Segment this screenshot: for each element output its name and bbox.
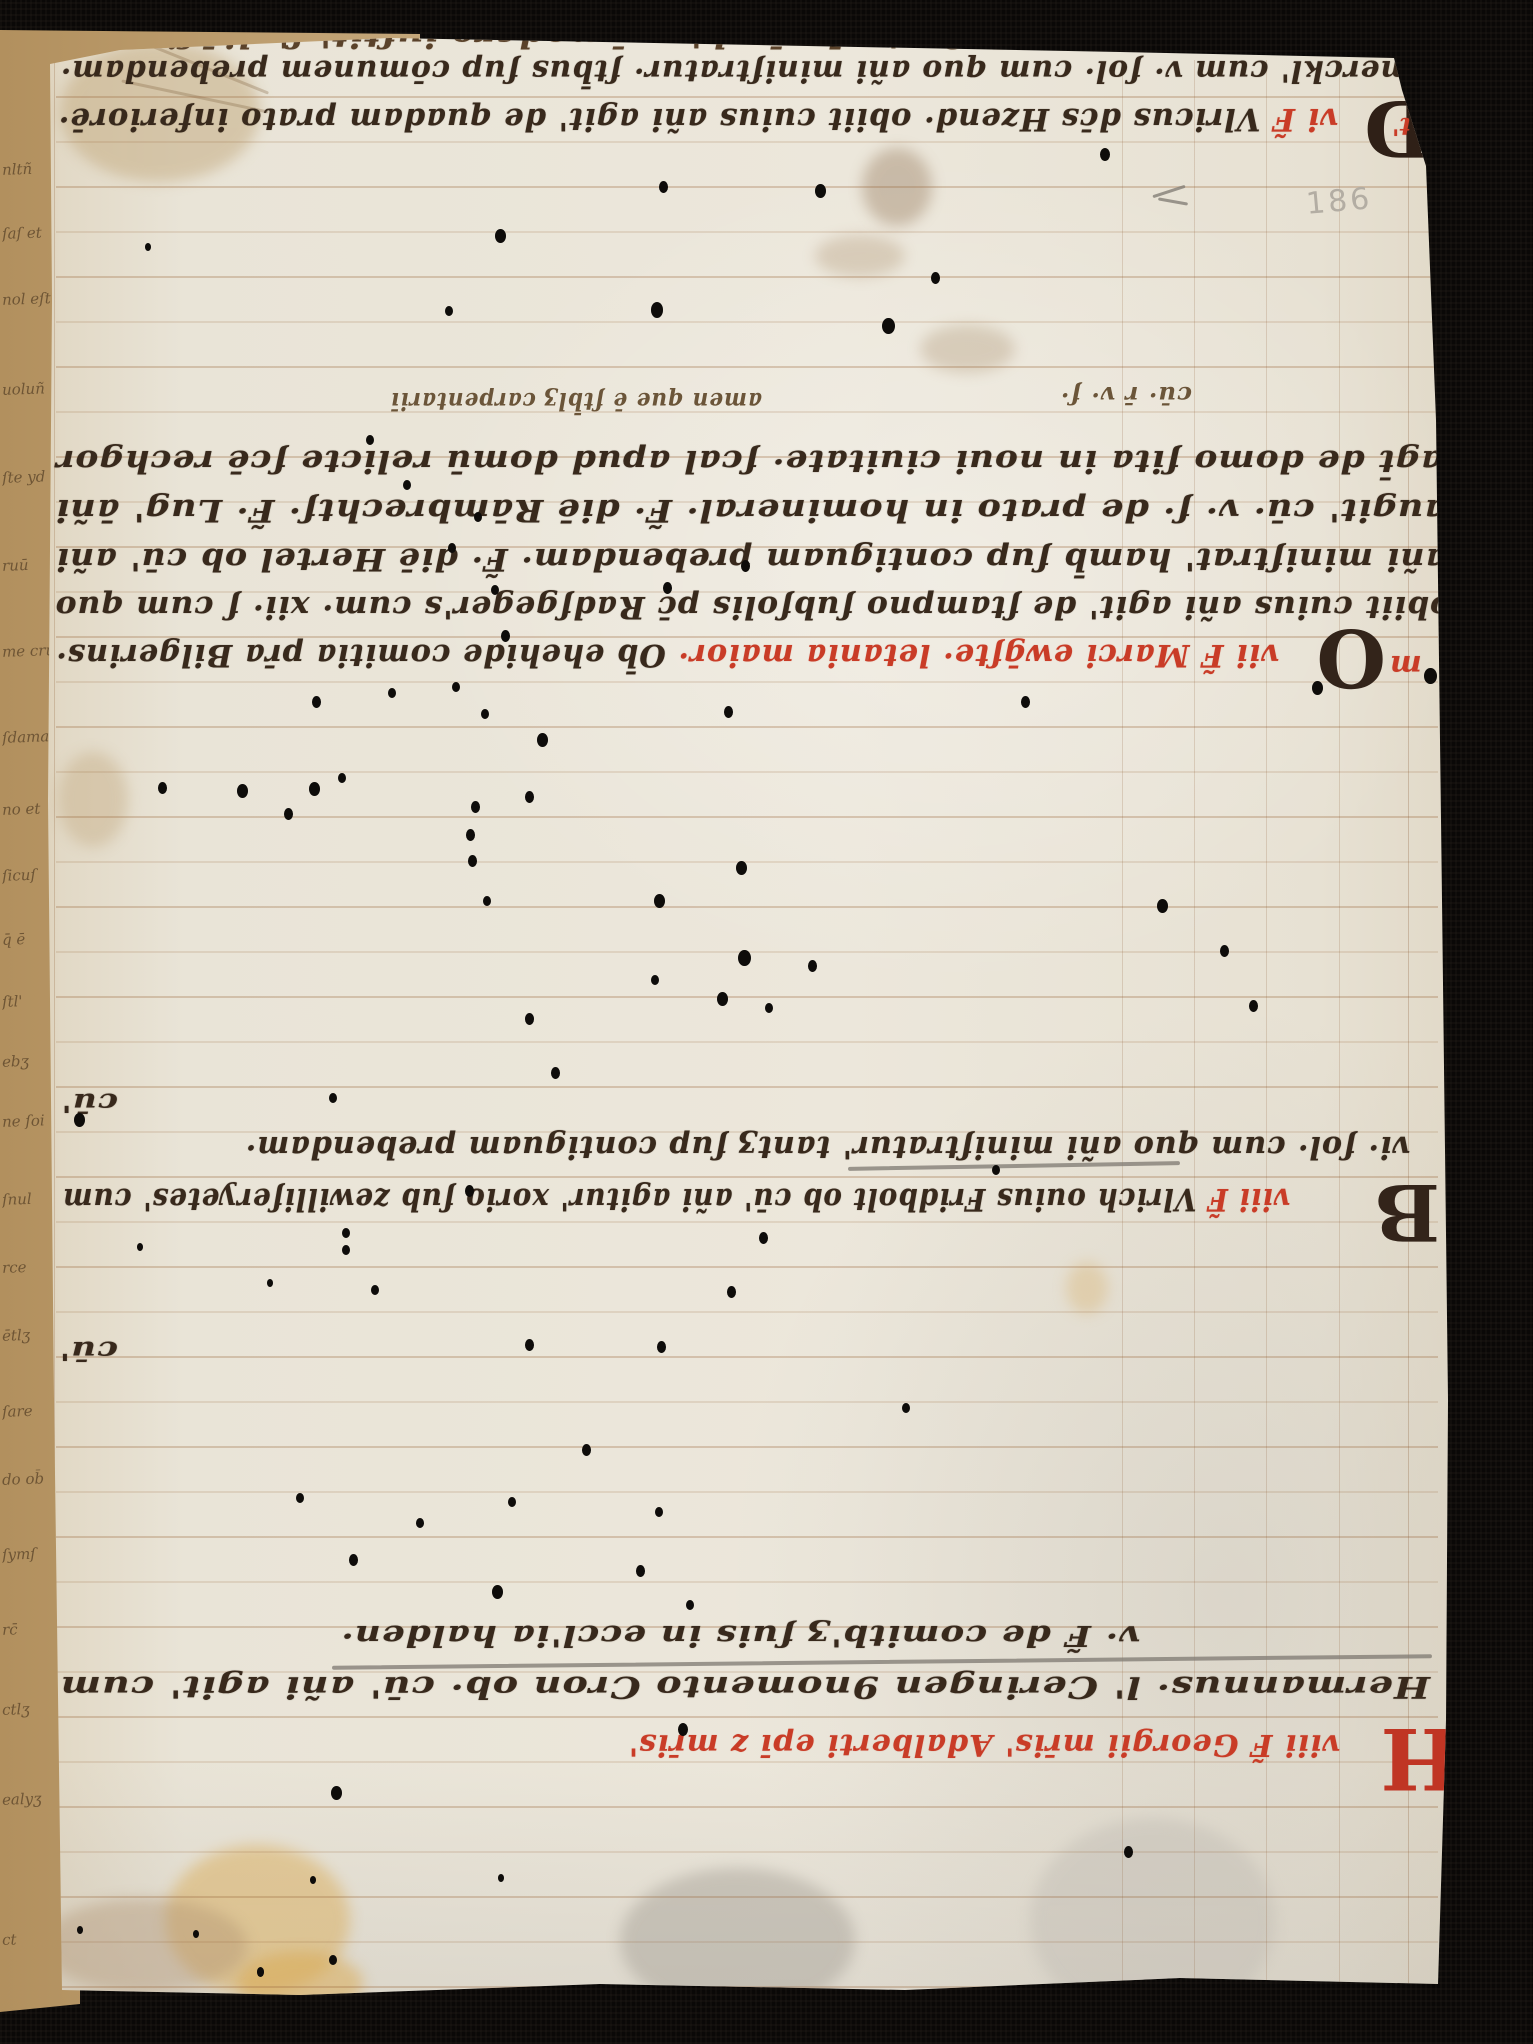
text-line-content: vi F̃ Vlricus dc̄s Hzend· obiit cuius añ…: [58, 100, 1338, 137]
ruling-line-horizontal: [56, 861, 1438, 863]
ink-dot: [808, 960, 817, 972]
decorated-initial-letter: D: [1336, 88, 1432, 166]
ruling-line-horizontal: [56, 1941, 1438, 1943]
rubric-text: Georgii mr̄is' Adalberti epī z mr̄is': [628, 1727, 1239, 1762]
ink-dot: [1100, 148, 1110, 161]
underpage-text-fragment: ne ſoi: [2, 1111, 53, 1131]
ruling-line-horizontal: [56, 1581, 1438, 1583]
ink-dot: [329, 1955, 337, 1965]
parchment-stain: [1066, 1262, 1108, 1314]
underpage-text-fragment: no et: [2, 799, 53, 819]
ink-dot: [1124, 1846, 1133, 1858]
pencil-stroke: [1158, 197, 1188, 205]
ink-dot: [137, 1243, 143, 1251]
ink-dot: [902, 1403, 910, 1413]
text-line-content: vi· ſol· cum quo añi miniſtratur' tantʒ …: [245, 1128, 1410, 1165]
ink-dot: [654, 894, 665, 908]
decorated-initial-letter: O: [1282, 618, 1386, 698]
ink-dot: [657, 1341, 666, 1353]
rubric-text: vii F̃: [1189, 637, 1279, 673]
text-line-content: cū· r̄ v· ſ·: [1060, 380, 1192, 409]
rubric-text: viii F̃: [1197, 1181, 1290, 1217]
ink-dot: [1424, 668, 1437, 685]
ink-dot: [237, 784, 248, 798]
ruling-line-horizontal: [56, 1266, 1438, 1268]
ink-dot: [388, 688, 396, 698]
underpage-text-fragment: ētlʒ: [2, 1325, 53, 1345]
ink-dot: [416, 1518, 424, 1528]
ink-dot: [338, 773, 346, 783]
ink-dot: [310, 1876, 316, 1884]
manuscript-text-line: augit' cū· v· ſ· de prato in homineral· …: [55, 491, 1447, 528]
ink-dot: [471, 801, 480, 813]
ink-dot: [309, 782, 320, 796]
ruling-line-horizontal: [56, 1176, 1438, 1178]
manuscript-text-line: cū': [60, 1086, 118, 1117]
ruling-line-horizontal: [56, 771, 1438, 773]
ruling-line-horizontal: [56, 1311, 1438, 1313]
ruling-line-horizontal: [56, 726, 1438, 728]
ink-dot: [312, 696, 321, 708]
ruling-line-horizontal: [56, 1536, 1438, 1538]
ink-dot: [465, 1185, 474, 1197]
ruling-line-horizontal: [56, 1806, 1438, 1808]
rubric-text: Marci ewḡſte· letania maior·: [666, 637, 1190, 673]
ink-dot: [651, 302, 663, 318]
ruling-line-horizontal: [56, 816, 1438, 818]
ink-dot: [582, 1444, 591, 1456]
ruling-line-horizontal: [56, 96, 1438, 98]
ruling-line-horizontal: [56, 276, 1438, 278]
ink-dot: [659, 181, 668, 193]
manuscript-text-line: obiit cuius añi agit' de ſtampno ſubſoli…: [55, 588, 1451, 625]
text-line-content: Hermannus· l' Ceringen 9nomento Cron ob·…: [60, 1668, 1430, 1704]
ink-dot: [501, 630, 510, 642]
ink-dot: [663, 582, 672, 594]
ink-dot: [525, 1013, 534, 1025]
ink-text: v· F̃ de comitb'ʒ ſuis in eccl'ia halden…: [340, 1619, 1140, 1653]
ink-text: añi miniſtrat' hamb̄ ſup contiguam prebe…: [55, 541, 1447, 577]
ink-text: merckl' cum v· ſol· cum quo añi miniſtra…: [60, 53, 1412, 88]
ink-dot: [481, 709, 489, 719]
ink-dot: [678, 1723, 688, 1736]
ink-text: cū': [58, 1335, 118, 1365]
ink-dot: [931, 272, 940, 284]
ink-dot: [1021, 696, 1030, 708]
ink-text: amen que ē ſtb̄lʒ carpentariī: [390, 387, 762, 416]
ink-dot: [474, 512, 482, 522]
ruling-line-horizontal: [56, 321, 1438, 323]
margin-red-mark: m: [1390, 648, 1422, 683]
manuscript-text-line: vi· ſol· cum quo añi miniſtratur' tantʒ …: [245, 1128, 1410, 1165]
ink-text: augit' cū· v· ſ· de prato in homineral· …: [55, 492, 1447, 528]
ruling-line-horizontal: [56, 1716, 1438, 1718]
ink-dot: [537, 733, 548, 747]
parchment-stain: [42, 1898, 247, 1993]
underpage-text-fragment: rc̄: [2, 1619, 53, 1639]
text-line-content: añi miniſtrat' hamb̄ ſup contiguam prebe…: [55, 540, 1447, 577]
ink-text: vi· ſol· cum quo añi miniſtratur' tantʒ …: [245, 1129, 1410, 1165]
ink-text: Hermannus· l' Ceringen 9nomento Cron ob·…: [60, 1669, 1430, 1704]
ink-text: Vlrich ouius Fridbolt ob cū' añi agitur'…: [62, 1181, 1196, 1217]
rubric-text: vi F̃: [1261, 101, 1338, 137]
ink-dot: [508, 1497, 516, 1507]
manuscript-text-line: viii F̃ Georgii mr̄is' Adalberti epī z m…: [628, 1726, 1340, 1762]
underpage-text-fragment: ſdamañ: [2, 727, 53, 747]
ruling-line-horizontal: [56, 1401, 1438, 1403]
ink-dot: [741, 560, 750, 572]
manuscript-text-line: v· F̃ de comitb'ʒ ſuis in eccl'ia halden…: [340, 1618, 1140, 1653]
underpage-text-fragment: me crue: [2, 641, 53, 661]
ink-dot: [651, 975, 659, 985]
decorated-initial-letter: H: [1384, 1716, 1460, 1800]
underpage-text-fragment: ſymſ: [2, 1544, 53, 1564]
manuscript-text-line: añi miniſtrat' hamb̄ ſup contiguam prebe…: [55, 540, 1447, 577]
rubric-text: viii F̃: [1238, 1727, 1340, 1762]
margin-red-mark: t': [1392, 112, 1410, 141]
text-line-content: cū': [60, 1086, 118, 1117]
ruling-line-horizontal: [56, 1221, 1438, 1223]
ink-dot: [466, 829, 475, 841]
parchment-stain: [58, 752, 128, 847]
ink-dot: [296, 1493, 304, 1503]
ink-dot: [492, 1585, 503, 1599]
ruling-line-horizontal: [56, 1446, 1438, 1448]
ruling-line-horizontal: [56, 1851, 1438, 1853]
manuscript-text-line: vi F̃ Vlricus dc̄s Hzend· obiit cuius añ…: [58, 100, 1338, 137]
ruling-line-horizontal: [56, 141, 1438, 143]
underpage-text-fragment: ſte yd: [2, 467, 53, 487]
ink-dot: [342, 1228, 350, 1238]
ruling-line-horizontal: [56, 1491, 1438, 1493]
underpage-text-fragment: q̄ ē: [2, 929, 53, 949]
ink-dot: [403, 480, 411, 490]
underpage-text-fragment: ebʒ: [2, 1051, 53, 1071]
ink-text: agt̄ de domo ſita in noui ciuitate· ſcal…: [55, 443, 1443, 479]
ruling-line-horizontal: [56, 1041, 1438, 1043]
ruling-line-horizontal: [56, 366, 1438, 368]
ruling-line-horizontal: [56, 1986, 1438, 1988]
ink-dot: [371, 1285, 379, 1295]
photo-backdrop: nltñſaſ etnol eſtuoluñſte ydruūme crueſd…: [0, 0, 1533, 2044]
underpage-text-fragment: rce: [2, 1257, 53, 1277]
ink-dot: [267, 1279, 273, 1287]
ink-dot: [724, 706, 733, 718]
ruling-line-horizontal: [56, 1086, 1438, 1088]
underpage-text-fragment: uoluñ: [2, 379, 53, 399]
parchment-stain: [1030, 1818, 1275, 2023]
ink-dot: [765, 1003, 773, 1013]
ink-dot: [655, 1507, 663, 1517]
ink-dot: [145, 243, 151, 251]
text-line-content: viii F̃ Georgii mr̄is' Adalberti epī z m…: [628, 1726, 1340, 1762]
ink-dot: [882, 318, 895, 335]
ruling-line-horizontal: [56, 906, 1438, 908]
ink-dot: [342, 1245, 350, 1255]
manuscript-text-line: vii F̃ Marci ewḡſte· letania maior· Ob̄ …: [55, 636, 1279, 673]
underpage-text-fragment: ſaſ et: [2, 223, 53, 243]
ink-dot: [1312, 681, 1323, 695]
ink-dot: [727, 1286, 736, 1298]
ruling-line-horizontal: [56, 996, 1438, 998]
ink-dot: [284, 808, 293, 820]
ink-dot: [686, 1600, 694, 1610]
underpage-text-fragment: ſicuſ: [2, 865, 53, 885]
ink-dot: [366, 435, 374, 445]
ink-dot: [495, 229, 506, 243]
underpage-text-fragment: nol eſt: [2, 289, 53, 309]
text-line-content: obiit cuius añi agit' de ſtampno ſubſoli…: [55, 588, 1451, 625]
manuscript-text-line: agt̄ de domo ſita in noui ciuitate· ſcal…: [55, 442, 1443, 479]
underpage-text-fragment: ſnul: [2, 1189, 53, 1209]
ink-text: Vlricus dc̄s Hzend· obiit cuius añi agit…: [58, 101, 1261, 137]
text-line-content: v· F̃ de comitb'ʒ ſuis in eccl'ia halden…: [340, 1618, 1140, 1653]
ink-dot: [636, 1565, 645, 1577]
text-line-content: vii F̃ Marci ewḡſte· letania maior· Ob̄ …: [55, 636, 1279, 673]
ink-dot: [815, 184, 826, 198]
ruling-line-horizontal: [56, 681, 1438, 683]
underpage-text-fragment: ct: [2, 1929, 53, 1949]
ink-dot: [257, 1967, 264, 1976]
folio-number: 186: [1305, 181, 1374, 222]
ink-dot: [331, 1786, 342, 1800]
ink-text: obiit cuius añi agit' de ſtampno ſubſoli…: [55, 589, 1451, 625]
underpage-text-fragment: ctlʒ: [2, 1699, 53, 1719]
parchment-stain: [815, 235, 905, 277]
ink-text: cū· r̄ v· ſ·: [1060, 381, 1192, 410]
ink-dot: [525, 791, 534, 803]
ink-dot: [158, 782, 167, 794]
ink-dot: [1249, 1000, 1258, 1012]
ink-dot: [452, 682, 460, 692]
ink-dot: [483, 896, 491, 906]
manuscript-text-line: viii F̃ Vlrich ouius Fridbolt ob cū' añi…: [62, 1180, 1290, 1217]
ink-text: Ob̄ ehehide comitia pr̄a Bilgerins·: [55, 637, 666, 673]
ruling-line-horizontal: [56, 231, 1438, 233]
ink-dot: [992, 1165, 1000, 1175]
ruling-line-horizontal: [56, 1896, 1438, 1898]
manuscript-text-line: cū': [58, 1334, 118, 1365]
manuscript-text-line: cū· r̄ v· ſ·: [1060, 380, 1192, 409]
text-line-content: merckl' cum v· ſol· cum quo añi miniſtra…: [60, 52, 1412, 88]
manuscript-text-line: amen que ē ſtb̄lʒ carpentariī: [390, 386, 762, 415]
ink-dot: [349, 1554, 358, 1566]
ink-dot: [77, 1926, 83, 1934]
ink-text: cū': [60, 1087, 118, 1117]
manuscript-text-line: merckl' cum v· ſol· cum quo añi miniſtra…: [60, 52, 1412, 88]
ink-dot: [498, 1874, 504, 1882]
text-line-content: agt̄ de domo ſita in noui ciuitate· ſcal…: [55, 442, 1443, 479]
ink-dot: [759, 1232, 768, 1244]
text-line-content: augit' cū· v· ſ· de prato in homineral· …: [55, 491, 1447, 528]
manuscript-text-line: Hermannus· l' Ceringen 9nomento Cron ob·…: [60, 1668, 1430, 1704]
ink-dot: [329, 1093, 337, 1103]
ink-dot: [445, 306, 453, 316]
ruling-line-horizontal: [56, 1356, 1438, 1358]
ink-dot: [448, 543, 456, 553]
manuscript-page: hʒ dm̄ ſup' oēs q̄ ab'ʒ cōmodare iuſtit'…: [0, 0, 1533, 2044]
ink-dot: [736, 861, 747, 875]
underpage-text-fragment: do ob̄: [2, 1469, 53, 1489]
ink-dot: [74, 1113, 85, 1127]
underpage-text-fragment: ealyʒ: [2, 1789, 53, 1809]
ink-dot: [491, 585, 499, 595]
underpage-text-fragment: ſare: [2, 1401, 53, 1421]
decorated-initial-letter: B: [1340, 1172, 1440, 1250]
underpage-text-fragment: ruū: [2, 555, 53, 575]
ruling-line-horizontal: [56, 186, 1438, 188]
ink-dot: [525, 1339, 534, 1351]
underpage-text-fragment: ſtl': [2, 991, 53, 1011]
ink-dot: [1220, 945, 1229, 957]
ink-dot: [551, 1067, 560, 1079]
text-line-content: viii F̃ Vlrich ouius Fridbolt ob cū' añi…: [62, 1180, 1290, 1217]
ink-dot: [193, 1930, 199, 1938]
underpage-text-fragment: nltñ: [2, 159, 53, 179]
parchment-stain: [238, 1952, 363, 2014]
ink-dot: [1157, 899, 1168, 913]
ink-dot: [468, 855, 477, 867]
text-line-content: cū': [58, 1334, 118, 1365]
text-line-content: amen que ē ſtb̄lʒ carpentariī: [390, 386, 762, 415]
ink-dot: [738, 950, 751, 967]
ink-dot: [717, 992, 728, 1006]
